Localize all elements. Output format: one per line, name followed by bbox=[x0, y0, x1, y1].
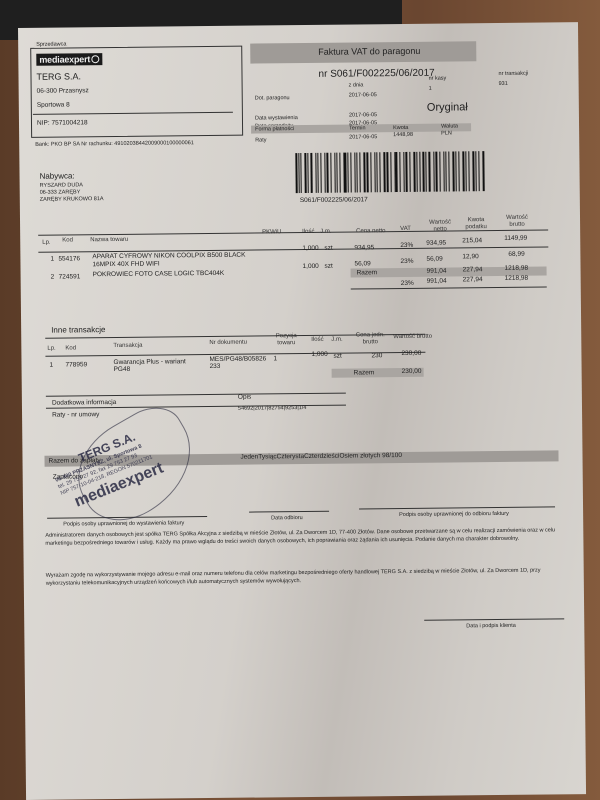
term-value: 2017-06-05 bbox=[349, 134, 377, 140]
issue-date: 2017-06-05 bbox=[349, 112, 377, 118]
buyer-city: 06-333 ZARĘBY bbox=[40, 189, 81, 195]
buyer-name: RYSZARD DUDA bbox=[40, 182, 83, 188]
items-total-net: 991,04 bbox=[427, 268, 447, 275]
col-unit: J.m. bbox=[320, 229, 331, 236]
seller-name: TERG S.A. bbox=[36, 71, 81, 81]
mediaexpert-logo: mediaexpert bbox=[36, 53, 102, 66]
other-transactions-title: Inne transakcje bbox=[51, 325, 105, 335]
col-unit: J.m. bbox=[331, 337, 342, 344]
vat-summary-line bbox=[351, 286, 547, 289]
row-transaction: Gwarancja Plus - wariant PG48 bbox=[113, 358, 193, 373]
vat-summary-net: 991,04 bbox=[427, 278, 447, 285]
row-gross: 68,99 bbox=[508, 251, 524, 258]
receipt-date-signature-label: Data odbioru bbox=[271, 515, 303, 521]
client-signature-line bbox=[424, 618, 564, 620]
col-name: Nazwa towaru bbox=[90, 237, 128, 244]
items-total-gross: 1218,98 bbox=[505, 265, 529, 272]
row-gross: 230,00 bbox=[401, 350, 421, 357]
receiver-signature-line bbox=[359, 506, 555, 509]
brand-text: mediaexpert bbox=[39, 54, 90, 65]
register-value: 1 bbox=[429, 86, 432, 92]
seller-city: 06-300 Przasnysz bbox=[37, 87, 89, 95]
row-code: 724591 bbox=[59, 273, 81, 280]
invoice-paper: Sprzedawca mediaexpert TERG S.A. 06-300 … bbox=[18, 22, 586, 800]
row-code: 554176 bbox=[58, 255, 80, 262]
register-label: nr kasy bbox=[429, 76, 447, 82]
row-gross: 1149,99 bbox=[504, 235, 527, 242]
col-position: Pozycja towaru bbox=[271, 333, 301, 347]
seller-label: Sprzedawca bbox=[34, 41, 68, 47]
seller-nip: NIP: 7571004218 bbox=[37, 119, 88, 127]
barcode bbox=[295, 151, 485, 193]
row-unit: szt bbox=[333, 353, 341, 360]
row-net-price: 934,95 bbox=[354, 244, 374, 251]
other-total-label: Razem bbox=[354, 369, 375, 376]
col-document: Nr dokumentu bbox=[209, 340, 247, 347]
receipt-date: 2017-06-05 bbox=[349, 92, 377, 98]
items-total-tax: 227,94 bbox=[463, 266, 483, 273]
vat-summary-tax: 227,94 bbox=[463, 276, 483, 283]
client-signature-label: Data i podpis klienta bbox=[466, 623, 516, 630]
col-net-value: Wartość netto bbox=[424, 219, 456, 233]
row-qty: 1,000 bbox=[302, 263, 318, 270]
term-label: Termin bbox=[349, 125, 366, 131]
marketing-consent-text: Wyrażam zgodę na wykorzystywanie mojego … bbox=[46, 566, 560, 588]
receipt-date-label: Dot. paragonu bbox=[255, 95, 290, 101]
receiver-signature-label: Podpis osoby uprawnionej do odbioru fakt… bbox=[399, 511, 509, 518]
row-vat: 23% bbox=[400, 242, 413, 249]
barcode-text: S061/F002225/06/2017 bbox=[300, 196, 368, 204]
col-qty: Ilość bbox=[311, 337, 323, 344]
col-vat: VAT bbox=[400, 226, 411, 233]
col-lp: Lp. bbox=[42, 240, 50, 247]
col-code: Kod bbox=[65, 345, 76, 352]
additional-top-line bbox=[46, 393, 346, 397]
amount-label: Kwota bbox=[393, 125, 408, 131]
row-vat: 23% bbox=[400, 258, 413, 265]
row-net-price: 56,09 bbox=[354, 260, 370, 267]
receipt-from-label: z dnia bbox=[349, 82, 364, 88]
row-unit: szt bbox=[324, 263, 332, 270]
other-total-value: 230,00 bbox=[402, 368, 422, 375]
row-code: 778959 bbox=[65, 361, 87, 368]
row-name: POKROWIEC FOTO CASE LOGIC TBC404K bbox=[93, 269, 263, 278]
col-code: Kod bbox=[62, 237, 73, 244]
col-gross: Wartość brutto bbox=[393, 334, 432, 341]
payment-form-label: Forma płatności bbox=[255, 126, 294, 132]
receipt-date-line bbox=[249, 511, 329, 513]
vat-summary-gross: 1218,98 bbox=[505, 275, 529, 282]
items-header-line bbox=[38, 246, 548, 252]
currency-label: Waluta bbox=[441, 123, 458, 129]
installments-label: Raty bbox=[255, 137, 266, 143]
row-document: MES/PG48/B05826 233 bbox=[209, 355, 269, 370]
installments-contract-label: Raty - nr umowy bbox=[52, 411, 99, 418]
col-gross: Wartość brutto bbox=[500, 215, 534, 229]
transaction-label: nr transakcji bbox=[498, 71, 528, 77]
row-unit: szt bbox=[324, 245, 332, 252]
buyer-street: ZARĘBY KRUKOWO 81A bbox=[40, 196, 104, 203]
col-qty: Ilość bbox=[302, 229, 314, 236]
issue-date-label: Data wystawienia bbox=[255, 115, 298, 121]
row-lp: 2 bbox=[51, 274, 55, 281]
col-unit-price: Cena jedn. brutto bbox=[355, 332, 385, 346]
row-lp: 1 bbox=[49, 362, 53, 369]
additional-info-label: Dodatkowa informacja bbox=[52, 399, 116, 407]
transaction-value: 931 bbox=[499, 81, 508, 87]
currency-value: PLN bbox=[441, 130, 452, 136]
row-qty: 1,000 bbox=[302, 245, 318, 252]
invoice-number: nr S061/F002225/06/2017 bbox=[318, 68, 434, 80]
row-lp: 1 bbox=[50, 256, 54, 263]
row-tax: 12,90 bbox=[462, 253, 478, 260]
seller-street: Sportowa 8 bbox=[37, 101, 70, 108]
row-name: APARAT CYFROWY NIKON COOLPIX B500 BLACK … bbox=[92, 251, 262, 270]
original-label: Oryginał bbox=[427, 101, 468, 113]
col-tax: Kwota podatku bbox=[460, 217, 492, 231]
installments-contract-number: 54692|2017|82754|9253|1/4 bbox=[238, 405, 306, 412]
invoice-title: Faktura VAT do paragonu bbox=[318, 46, 420, 57]
row-net-value: 934,95 bbox=[426, 240, 446, 247]
seller-bank: Bank: PKO BP SA Nr rachunku: 49102038442… bbox=[35, 140, 194, 148]
vat-summary-rate: 23% bbox=[401, 280, 414, 287]
buyer-label: Nabywca: bbox=[40, 171, 75, 180]
row-tax: 215,04 bbox=[462, 237, 482, 244]
brand-ring-icon bbox=[91, 55, 99, 63]
row-net-value: 56,09 bbox=[426, 256, 442, 263]
col-net-price: Cena netto bbox=[356, 228, 385, 235]
row-unit-price: 230 bbox=[371, 352, 382, 359]
col-lp: Lp. bbox=[47, 346, 55, 353]
row-position: 1 bbox=[273, 355, 277, 362]
amount-value: 1448,98 bbox=[393, 132, 413, 138]
items-total-label: Razem bbox=[357, 269, 378, 276]
col-transaction: Transakcja bbox=[113, 343, 142, 350]
col-pkwiu: PKWiU bbox=[262, 229, 281, 236]
row-qty: 1,000 bbox=[311, 351, 327, 358]
description-label: Opis bbox=[238, 394, 251, 401]
